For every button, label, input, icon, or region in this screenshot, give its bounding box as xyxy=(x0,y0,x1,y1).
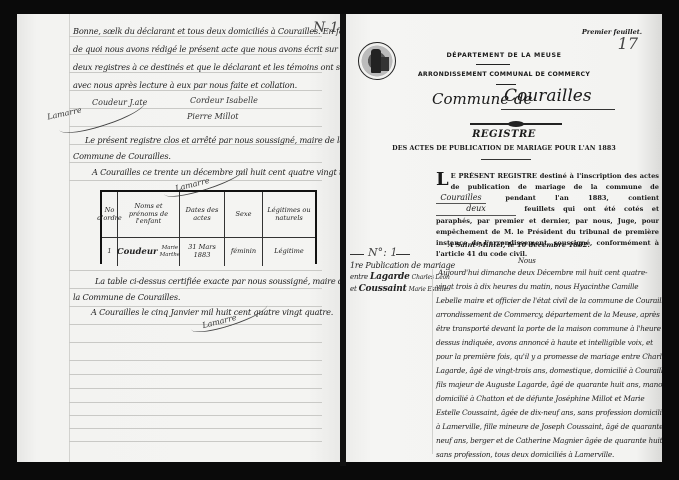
ornament-divider xyxy=(470,123,562,125)
margin-line xyxy=(69,14,70,462)
margin-surname-2: Coussaint xyxy=(359,284,407,294)
dropcap: L xyxy=(436,172,449,188)
ruled-line xyxy=(69,162,322,163)
divider xyxy=(396,254,410,255)
ruled-line xyxy=(69,36,322,37)
left-page: Bonne, sœlk du déclarant et tous deux do… xyxy=(17,14,340,462)
divider xyxy=(496,84,516,85)
entry-line: dessus indiquée, avons annoncé à haute e… xyxy=(436,338,653,347)
preamble-part2: pendant l'an 1883, contient xyxy=(505,194,659,202)
ruled-line xyxy=(69,288,322,289)
commune-name: Courailles xyxy=(504,86,592,106)
ruled-line xyxy=(69,54,322,55)
entry-line: Lagarde, âgé de vingt-trois ans, domesti… xyxy=(436,366,662,375)
table-cell-status: Légitime xyxy=(263,238,315,266)
entry-line: neuf ans, berger et de Catherine Magnier… xyxy=(436,436,662,445)
child-given-name: Marie Marthe xyxy=(160,245,181,258)
right-page: Premier feuillet. 17 DÉPARTEMENT DE LA M… xyxy=(346,14,662,462)
table-header: Sexe xyxy=(225,192,263,238)
register-subtitle: DES ACTES DE PUBLICATION DE MARIAGE POUR… xyxy=(346,145,662,152)
margin-surname-1: Lagarde xyxy=(370,272,410,282)
entry-line: être transporté devant la porte de la ma… xyxy=(436,324,662,333)
text-line: deux registres à ce destinés et que le d… xyxy=(73,62,340,72)
ruled-line xyxy=(69,360,322,361)
table-cell-num: 1 xyxy=(102,238,118,266)
entry-line: pour la première fois, qu'il y a promess… xyxy=(436,352,662,361)
text-line: La table ci-dessus certifiée exacte par … xyxy=(95,276,340,286)
department-heading: DÉPARTEMENT DE LA MEUSE xyxy=(346,52,662,59)
entry-line: fils majeur de Auguste Lagarde, âgé de q… xyxy=(436,380,662,389)
divider xyxy=(350,254,364,255)
table-header: Dates des actes xyxy=(180,192,225,238)
entry-line: Lebelle maire et officier de l'état civi… xyxy=(436,296,662,305)
table-cell-sex: féminin xyxy=(225,238,263,266)
table-cell-date: 31 Mars 1883 xyxy=(180,238,225,266)
ruled-line xyxy=(69,270,322,271)
entry-header-word: Nous xyxy=(518,257,536,265)
text-line: de quoi nous avons rédigé le présent act… xyxy=(73,44,340,54)
births-table: No d'ordre Noms et prénoms de l'enfant D… xyxy=(100,190,317,264)
entry-line: Aujourd'hui dimanche deux Décembre mil h… xyxy=(438,268,647,277)
divider xyxy=(476,64,510,65)
text-line: la Commune de Courailles. xyxy=(73,292,180,302)
place-date: A Saint-Mihiel, le 10 décembre 1882. xyxy=(448,241,590,249)
arrondissement-heading: ARRONDISSEMENT COMMUNAL DE COMMERCY xyxy=(346,71,662,78)
preamble-part1: E PRÉSENT REGISTRE destiné à l'inscripti… xyxy=(451,172,659,191)
count-fill: deux xyxy=(436,204,516,216)
commune-underline xyxy=(501,109,615,110)
ruled-line xyxy=(69,428,322,429)
folio-number: 17 xyxy=(618,34,638,53)
ruled-line xyxy=(69,415,322,416)
signature: Cordeur Isabelle xyxy=(190,96,258,105)
corner-mark: N 1 xyxy=(313,20,339,36)
table-header: Légitimes ou naturels xyxy=(263,192,315,238)
margin-rule xyxy=(432,269,433,454)
text-line: avec nous après lecture à eux par nous f… xyxy=(73,80,297,90)
ruled-line xyxy=(69,402,322,403)
table-header: No d'ordre xyxy=(102,192,118,238)
signature-flourish xyxy=(188,296,270,338)
entry-line: arrondissement de Commercy, département … xyxy=(436,310,662,319)
text-line: Bonne, sœlk du déclarant et tous deux do… xyxy=(73,26,340,36)
ruled-line xyxy=(69,441,322,442)
entry-line: Estelle Coussaint, âgée de dix-neuf ans,… xyxy=(436,408,662,417)
table-header: Noms et prénoms de l'enfant xyxy=(118,192,180,238)
ruled-line xyxy=(69,388,322,389)
ruled-line xyxy=(69,72,322,73)
entry-line: domicilié à Chatton et de défunte Joséph… xyxy=(436,394,644,403)
table-cell-name: Coudeur Marie Marthe xyxy=(118,238,180,266)
text-line: Le présent registre clos et arrêté par n… xyxy=(85,135,340,145)
ruled-line xyxy=(69,126,322,127)
register-title: REGISTRE xyxy=(346,129,662,140)
text-line: Commune de Courailles. xyxy=(73,151,171,161)
ruled-line xyxy=(69,90,322,91)
entry-line: vingt trois à dix heures du matin, nous … xyxy=(436,282,638,291)
signature: Pierre Millot xyxy=(187,112,239,121)
margin-note-line: entre Lagarde Charles Léon xyxy=(350,272,450,282)
commune-fill: Courailles xyxy=(436,193,486,205)
entry-line: sans profession, tous deux domiciliés à … xyxy=(436,450,614,459)
ruled-line xyxy=(69,374,322,375)
entry-number: N°: 1 xyxy=(368,246,397,259)
ruled-line xyxy=(69,342,322,343)
child-surname: Coudeur xyxy=(117,247,158,257)
entry-line: à Lamerville, fille mineure de Joseph Co… xyxy=(436,422,662,431)
divider xyxy=(481,159,531,160)
